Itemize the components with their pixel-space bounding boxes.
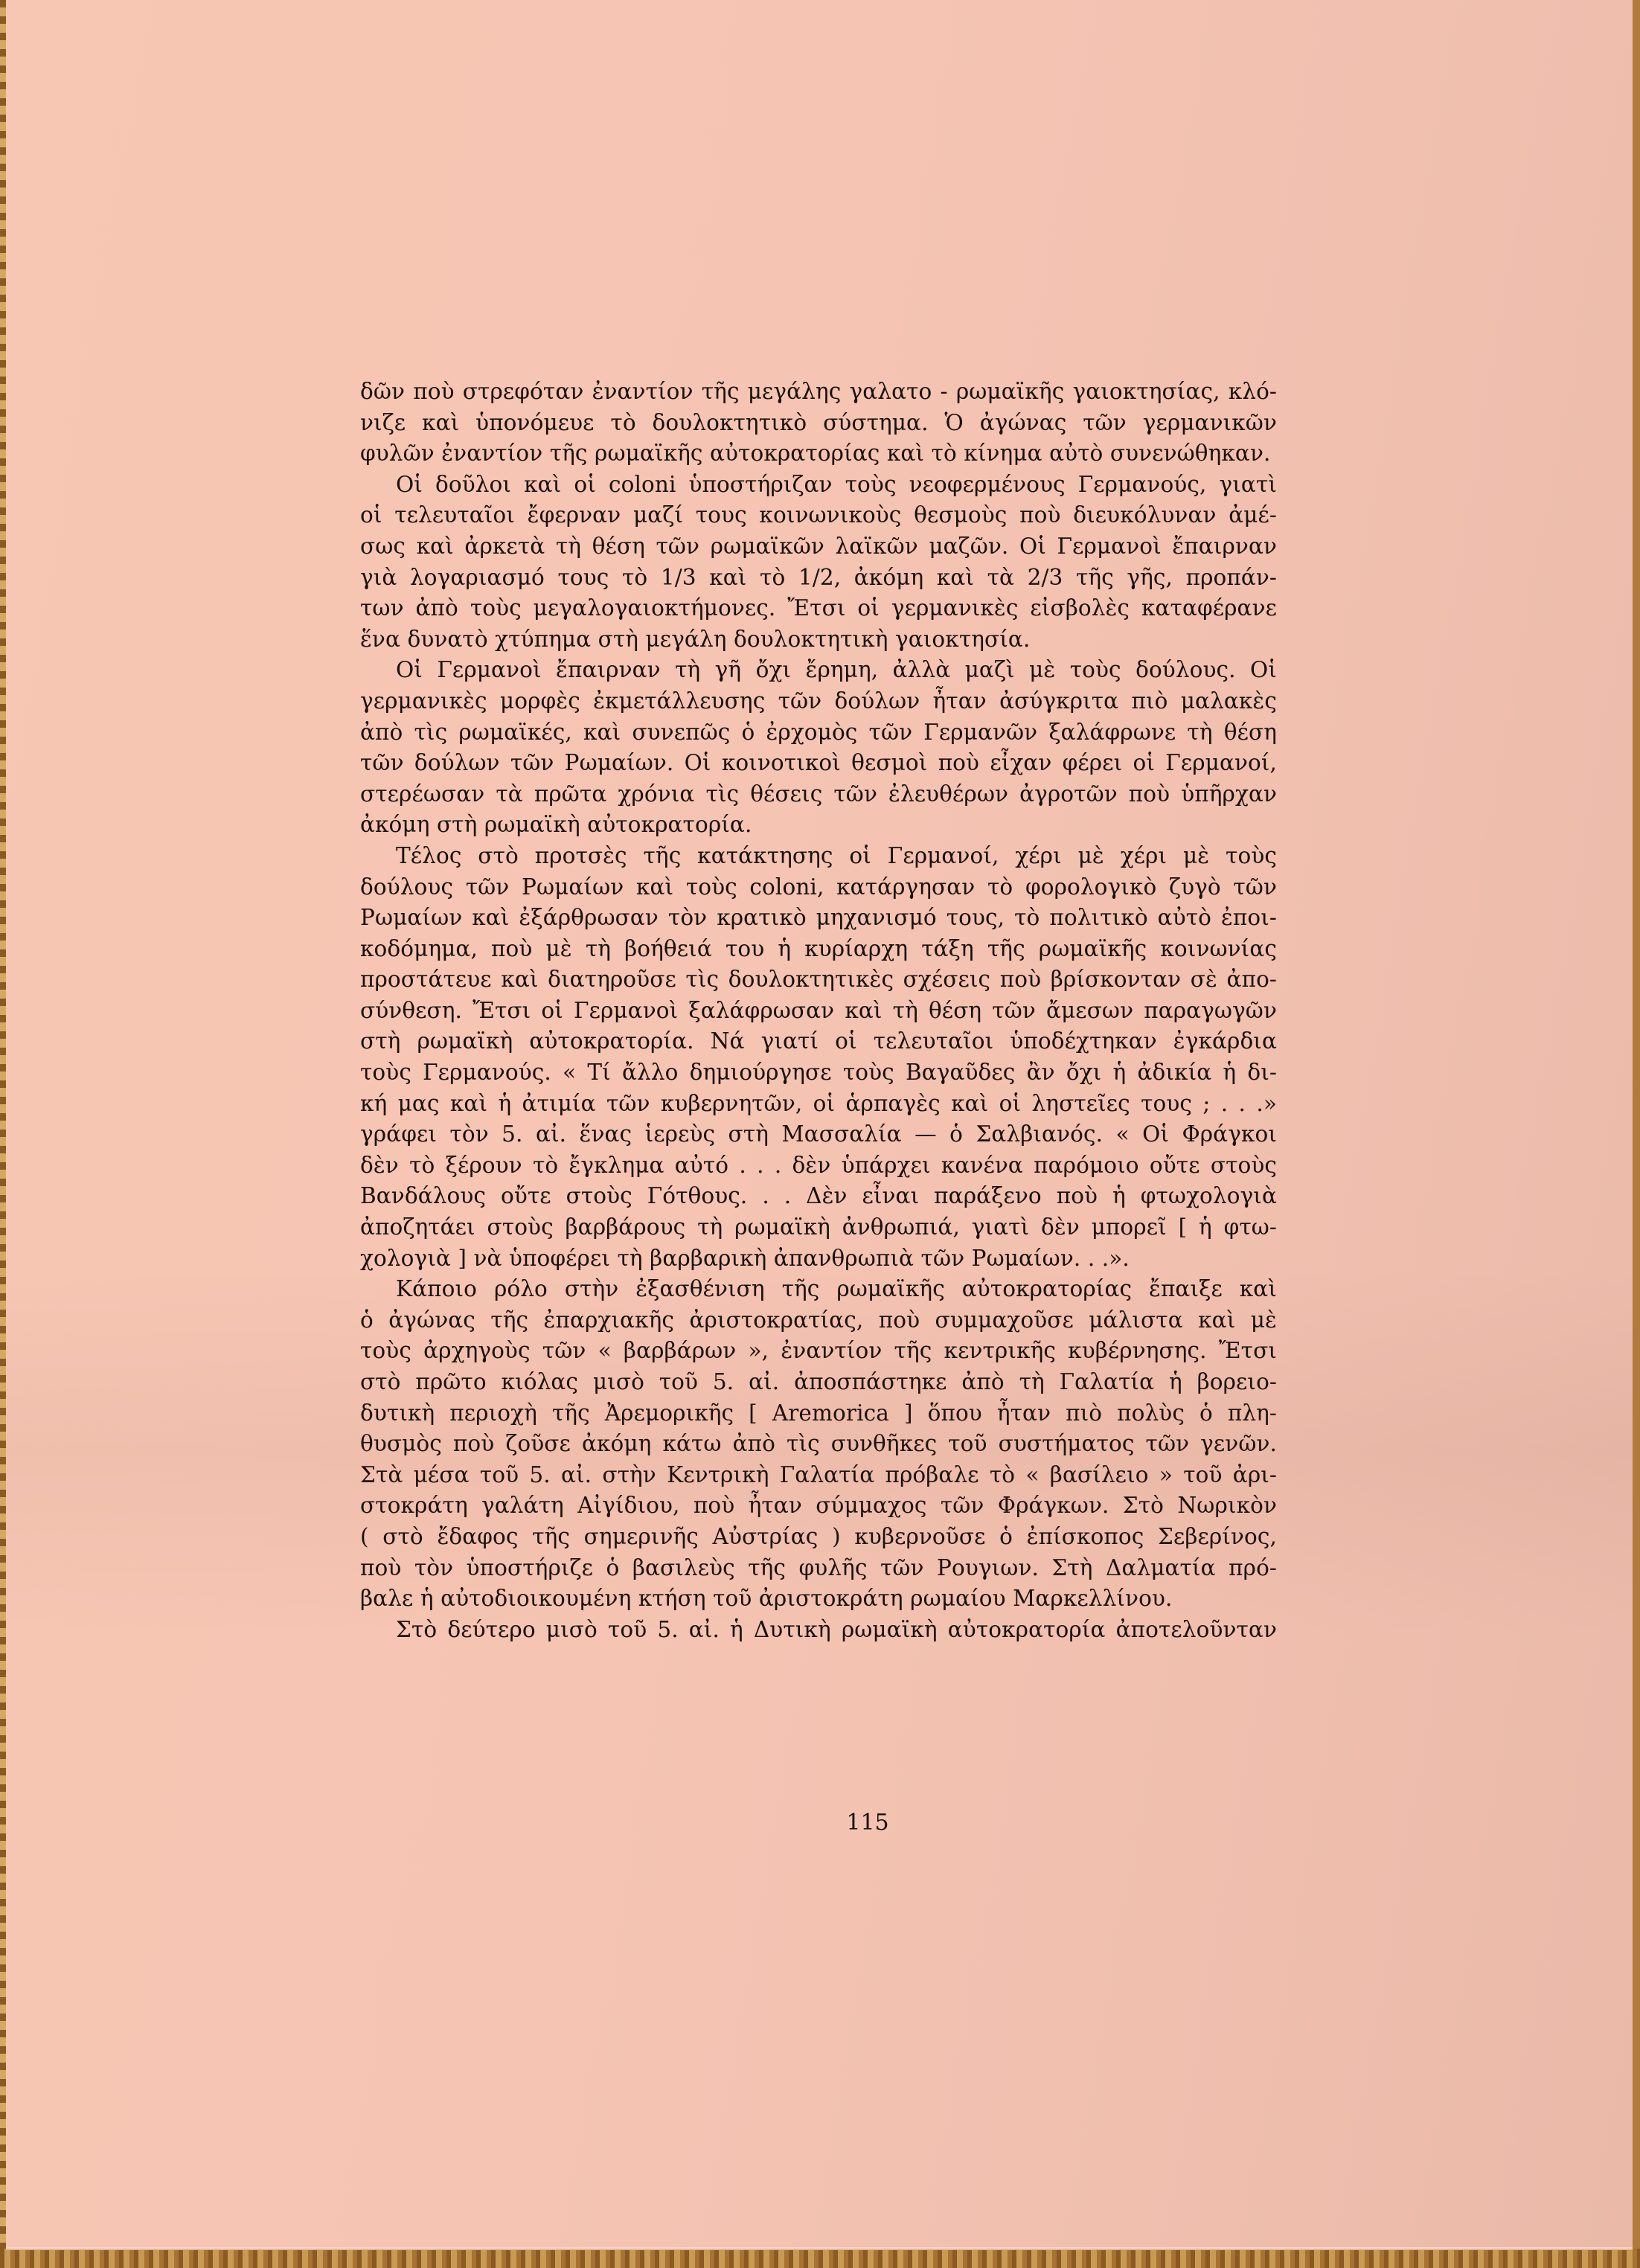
text-line: γερμανικὲς μορφὲς ἐκμετάλλευσης τῶν δούλ… [360, 686, 1277, 717]
text-line: κή μας καὶ ἡ ἀτιμία τῶν κυβερνητῶν, οἱ ἁ… [360, 1089, 1277, 1120]
page-number: 115 [6, 1810, 1633, 1836]
text-line: δυτικὴ περιοχὴ τῆς Ἀρεμορικῆς [ Aremoric… [360, 1398, 1277, 1429]
text-line: ὁ ἀγώνας τῆς ἐπαρχιακῆς ἀριστοκρατίας, π… [360, 1305, 1277, 1336]
paragraph: Κάποιο ρόλο στὴν ἐξασθένιση τῆς ρωμαϊκῆς… [360, 1274, 1277, 1615]
paragraph: δῶν ποὺ στρεφόταν ἐναντίον τῆς μεγάλης γ… [360, 377, 1277, 470]
text-line: χολογιὰ ] νὰ ὑποφέρει τὴ βαρβαρικὴ ἀπανθ… [360, 1243, 1277, 1275]
text-line: των ἀπὸ τοὺς μεγαλογαιοκτήμονες. Ἔτσι οἱ… [360, 593, 1277, 624]
text-line: Τέλος στὸ προτσὲς τῆς κατάκτησης οἱ Γερμ… [360, 841, 1277, 872]
text-line: σως καὶ ἀρκετὰ τὴ θέση τῶν ρωμαϊκῶν λαϊκ… [360, 531, 1277, 563]
body-text: δῶν ποὺ στρεφόταν ἐναντίον τῆς μεγάλης γ… [360, 377, 1277, 1645]
text-line: ἀκόμη στὴ ρωμαϊκὴ αὐτοκρατορία. [360, 810, 1277, 841]
text-line: οἱ τελευταῖοι ἔφερναν μαζί τους κοινωνικ… [360, 500, 1277, 531]
paragraph: Οἱ Γερμανοὶ ἔπαιρναν τὴ γῆ ὄχι ἔρημη, ἀλ… [360, 655, 1277, 841]
text-line: δὲν τὸ ξέρουν τὸ ἔγκλημα αὐτό . . . δὲν … [360, 1150, 1277, 1182]
text-line: Ρωμαίων καὶ ἐξάρθρωσαν τὸν κρατικὸ μηχαν… [360, 903, 1277, 934]
text-line: θυσμὸς ποὺ ζοῦσε ἀκόμη κάτω ἀπὸ τὶς συνθ… [360, 1429, 1277, 1460]
text-line: στὴ ρωμαϊκὴ αὐτοκρατορία. Νά γιατί οἱ τε… [360, 1026, 1277, 1057]
text-line: τοὺς ἀρχηγοὺς τῶν « βαρβάρων », ἐναντίον… [360, 1336, 1277, 1367]
paragraph: Οἱ δοῦλοι καὶ οἱ coloni ὑποστήριζαν τοὺς… [360, 470, 1277, 656]
table-surface-left [0, 0, 6, 2268]
text-line: δῶν ποὺ στρεφόταν ἐναντίον τῆς μεγάλης γ… [360, 377, 1277, 408]
text-line: τῶν δούλων τῶν Ρωμαίων. Οἱ κοινοτικοὶ θε… [360, 748, 1277, 779]
text-line: νιζε καὶ ὑπονόμευε τὸ δουλοκτητικὸ σύστη… [360, 408, 1277, 439]
text-line: ἀπὸ τὶς ρωμαϊκές, καὶ συνεπῶς ὁ ἐρχομὸς … [360, 717, 1277, 749]
text-line: στερέωσαν τὰ πρῶτα χρόνια τὶς θέσεις τῶν… [360, 779, 1277, 810]
text-line: βαλε ἡ αὐτοδιοικουμένη κτήση τοῦ ἀριστοκ… [360, 1583, 1277, 1615]
book-page: δῶν ποὺ στρεφόταν ἐναντίον τῆς μεγάλης γ… [6, 0, 1633, 2247]
text-line: Βανδάλους οὔτε στοὺς Γότθους. . . Δὲν εἶ… [360, 1181, 1277, 1212]
paragraph: Τέλος στὸ προτσὲς τῆς κατάκτησης οἱ Γερμ… [360, 841, 1277, 1274]
text-line: γράφει τὸν 5. αἰ. ἕνας ἱερεὺς στὴ Μασσαλ… [360, 1119, 1277, 1150]
paragraph: Στὸ δεύτερο μισὸ τοῦ 5. αἰ. ἡ Δυτικὴ ρωμ… [360, 1615, 1277, 1646]
text-line: Κάποιο ρόλο στὴν ἐξασθένιση τῆς ρωμαϊκῆς… [360, 1274, 1277, 1305]
text-line: δούλους τῶν Ρωμαίων καὶ τοὺς coloni, κατ… [360, 872, 1277, 903]
table-surface-bottom [0, 2249, 1640, 2268]
text-line: γιὰ λογαριασμό τους τὸ 1/3 καὶ τὸ 1/2, ἀ… [360, 563, 1277, 594]
text-line: Οἱ δοῦλοι καὶ οἱ coloni ὑποστήριζαν τοὺς… [360, 470, 1277, 501]
text-line: προστάτευε καὶ διατηροῦσε τὶς δουλοκτητι… [360, 964, 1277, 996]
text-line: ἀποζητάει στοὺς βαρβάρους τὴ ρωμαϊκὴ ἀνθ… [360, 1212, 1277, 1243]
text-line: φυλῶν ἐναντίον τῆς ρωμαϊκῆς αὐτοκρατορία… [360, 438, 1277, 470]
text-line: σύνθεση. Ἔτσι οἱ Γερμανοὶ ξαλάφρωσαν καὶ… [360, 996, 1277, 1027]
text-line: ( στὸ ἔδαφος τῆς σημερινῆς Αὐστρίας ) κυ… [360, 1522, 1277, 1553]
text-line: Οἱ Γερμανοὶ ἔπαιρναν τὴ γῆ ὄχι ἔρημη, ἀλ… [360, 655, 1277, 686]
text-line: Στὰ μέσα τοῦ 5. αἰ. στὴν Κεντρικὴ Γαλατί… [360, 1460, 1277, 1491]
text-line: κοδόμημα, ποὺ μὲ τὴ βοήθειά του ἡ κυρίαρ… [360, 934, 1277, 965]
text-line: Στὸ δεύτερο μισὸ τοῦ 5. αἰ. ἡ Δυτικὴ ρωμ… [360, 1615, 1277, 1646]
text-line: ἕνα δυνατὸ χτύπημα στὴ μεγάλη δουλοκτητι… [360, 624, 1277, 656]
text-line: στὸ πρῶτο κιόλας μισὸ τοῦ 5. αἰ. ἀποσπάσ… [360, 1367, 1277, 1398]
text-line: τοὺς Γερμανούς. « Τί ἄλλο δημιούργησε το… [360, 1057, 1277, 1089]
text-line: ποὺ τὸν ὑποστήριζε ὁ βασιλεὺς τῆς φυλῆς … [360, 1553, 1277, 1584]
text-line: στοκράτη γαλάτη Αἰγίδιου, ποὺ ἦταν σύμμα… [360, 1490, 1277, 1522]
